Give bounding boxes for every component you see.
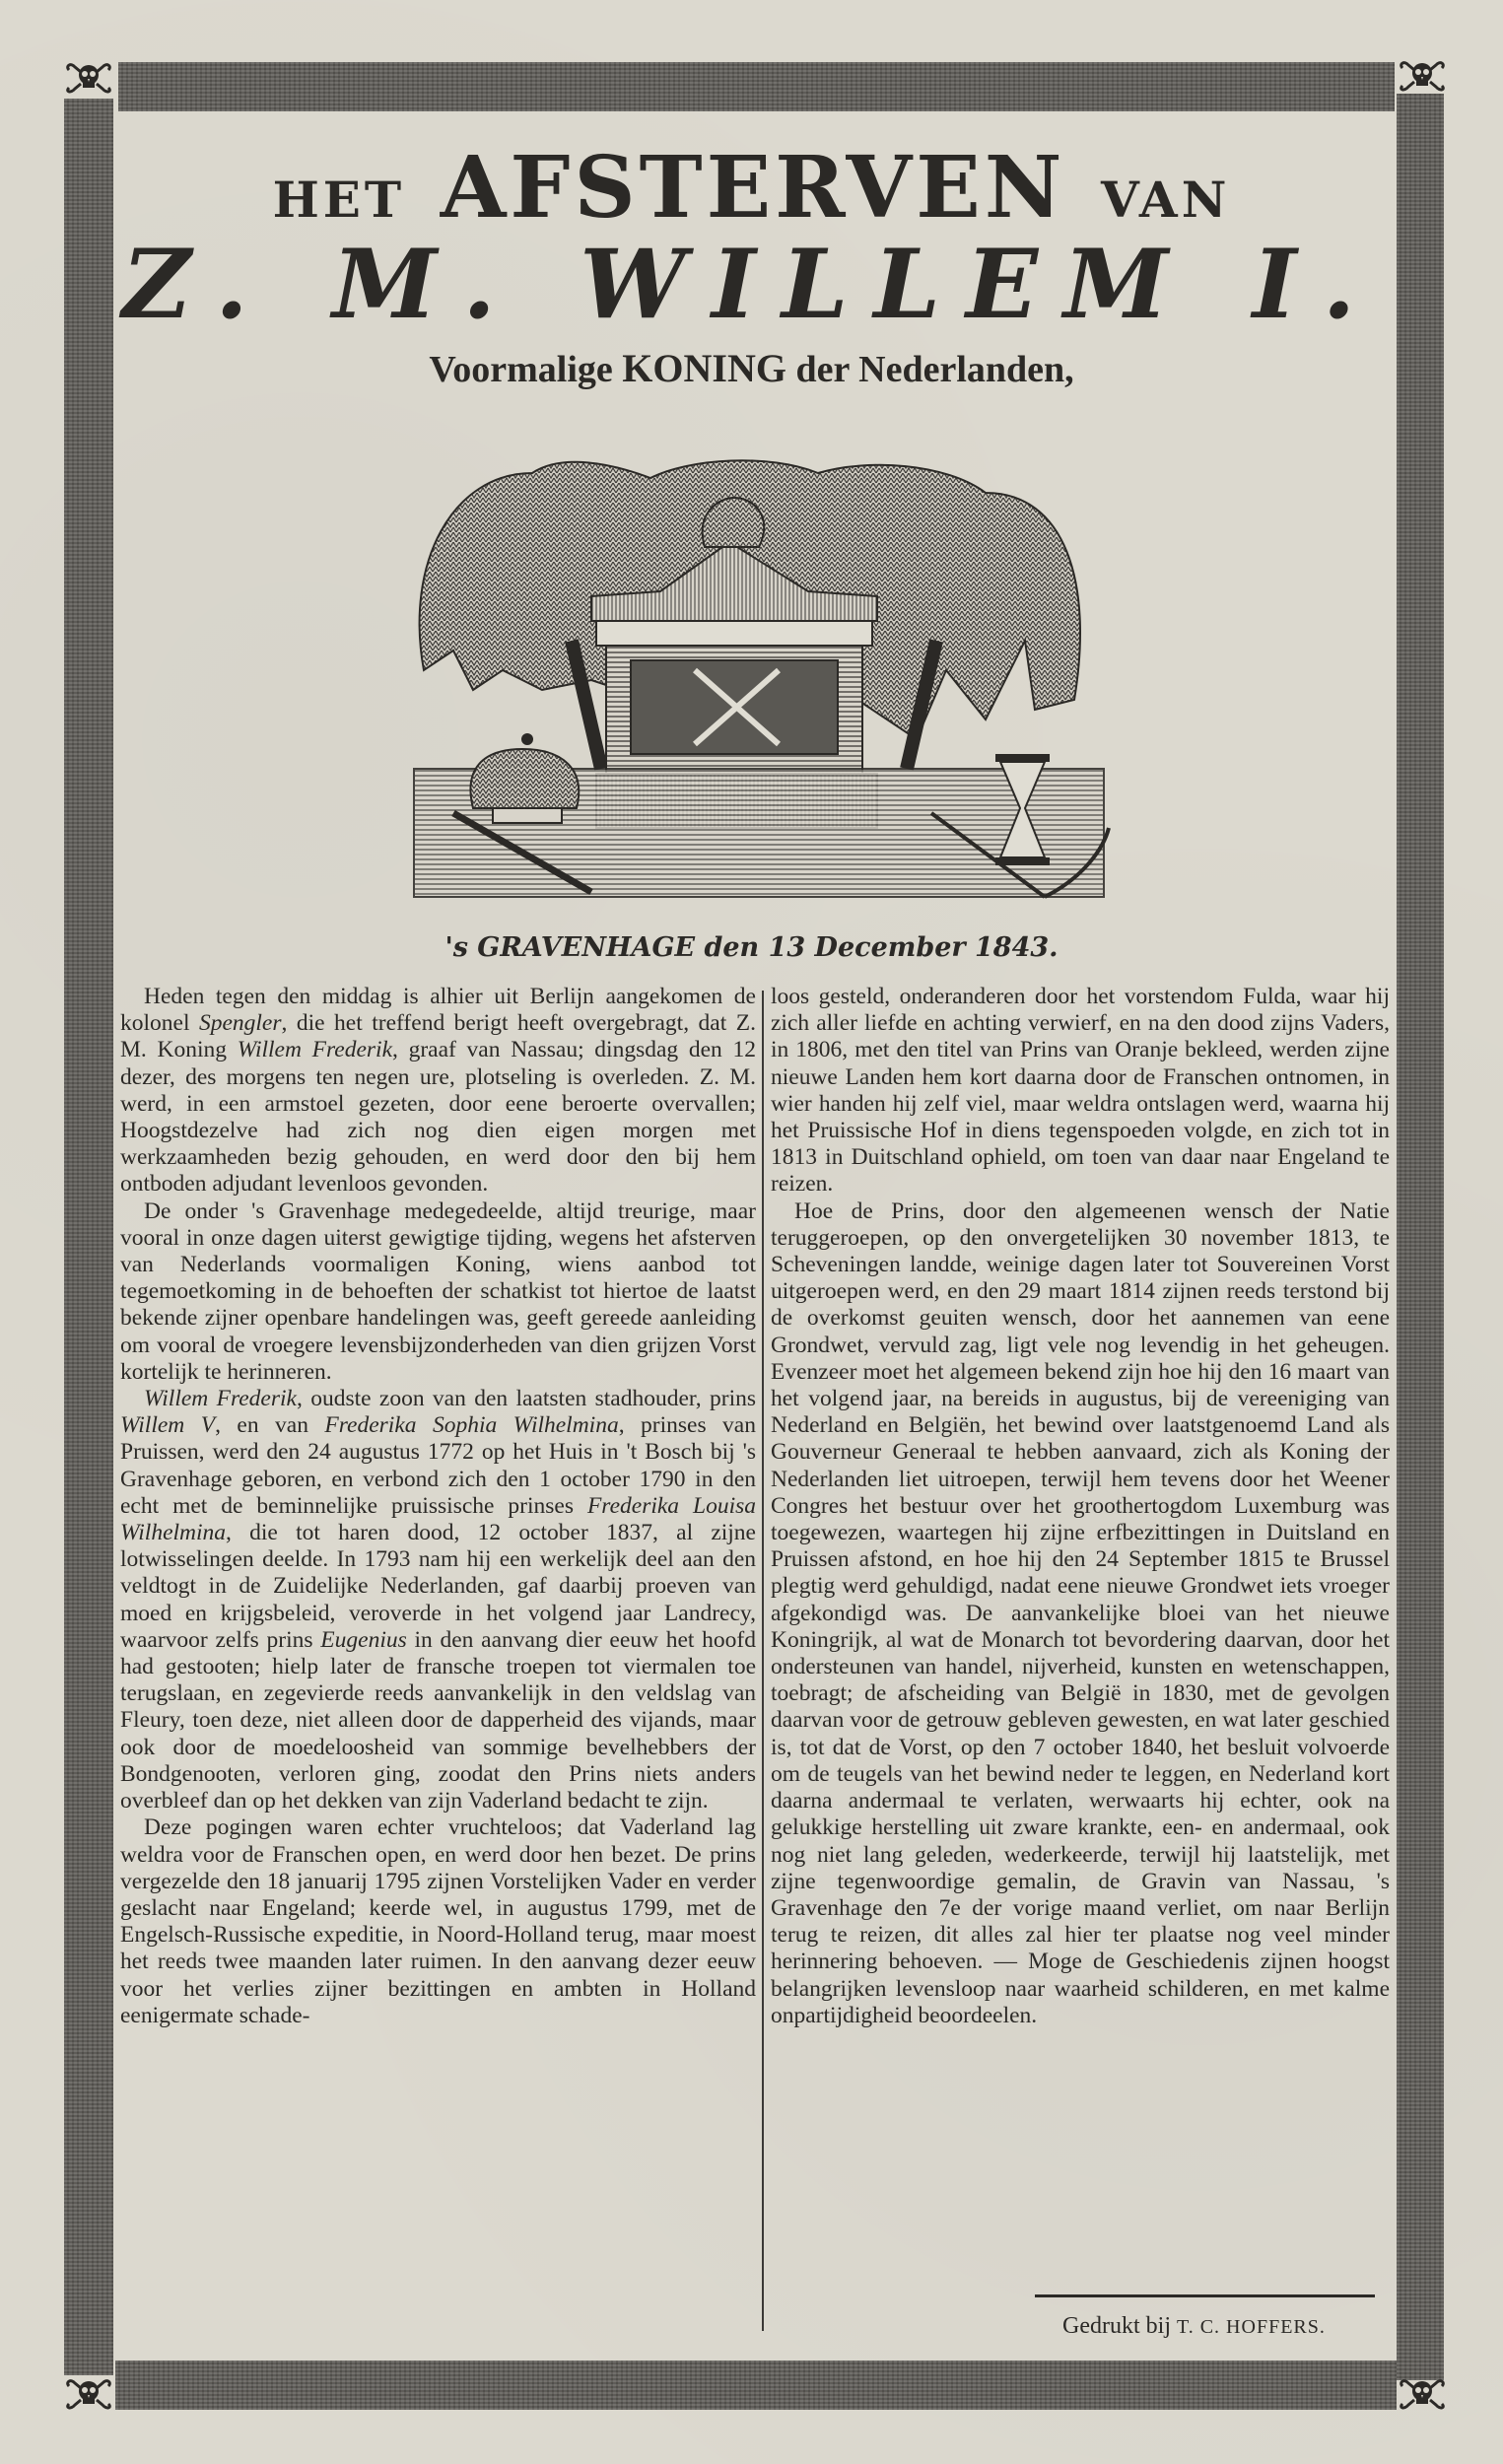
paragraph: Deze pogingen waren echter vruchteloos; … bbox=[120, 1814, 756, 2029]
printer-name: T. C. HOFFERS. bbox=[1177, 2316, 1326, 2338]
mourning-border-top bbox=[118, 62, 1395, 111]
skull-crossbones-icon bbox=[64, 2377, 113, 2411]
headline-subtitle: Voormalige KONING der Nederlanden, bbox=[0, 345, 1503, 391]
printer-label: Gedrukt bij bbox=[1062, 2313, 1171, 2339]
column-divider bbox=[762, 991, 764, 2331]
skull-crossbones-icon bbox=[1398, 59, 1447, 93]
paragraph: loos gesteld, onderanderen door het vors… bbox=[771, 984, 1390, 1198]
headline-afsterven: AFSTERVEN bbox=[441, 138, 1066, 238]
subtitle-voormalige: Voormalige bbox=[429, 349, 612, 390]
article-column-right: loos gesteld, onderanderen door het vors… bbox=[771, 984, 1390, 2029]
mourning-border-left bbox=[64, 99, 113, 2375]
skull-crossbones-icon bbox=[1398, 2377, 1447, 2411]
printer-imprint: Gedrukt bij T. C. HOFFERS. bbox=[1062, 2313, 1326, 2340]
mourning-border-right bbox=[1397, 94, 1444, 2380]
paragraph: Heden tegen den middag is alhier uit Ber… bbox=[120, 984, 756, 1198]
paragraph: Willem Frederik, oudste zoon van den laa… bbox=[120, 1386, 756, 1814]
subtitle-koning: KONING bbox=[622, 346, 786, 390]
headline-king-name: Z. M. WILLEM I. bbox=[0, 229, 1503, 340]
skull-crossbones-icon bbox=[64, 61, 113, 95]
woodcut-illustration bbox=[394, 444, 1114, 907]
footer-rule bbox=[1035, 2294, 1375, 2297]
paragraph: De onder 's Gravenhage medegedeelde, alt… bbox=[120, 1198, 756, 1386]
headline-het: HET bbox=[273, 171, 406, 229]
article-column-left: Heden tegen den middag is alhier uit Ber… bbox=[120, 984, 756, 2029]
paragraph: Hoe de Prins, door den algemeenen wensch… bbox=[771, 1198, 1390, 2029]
dateline: 's GRAVENHAGE den 13 December 1843. bbox=[0, 932, 1503, 963]
mourning-border-bottom bbox=[115, 2361, 1397, 2410]
headline-van: VAN bbox=[1101, 171, 1230, 229]
headline-line-1: HET AFSTERVEN VAN bbox=[0, 138, 1503, 238]
subtitle-nederlanden: der Nederlanden, bbox=[795, 349, 1073, 390]
